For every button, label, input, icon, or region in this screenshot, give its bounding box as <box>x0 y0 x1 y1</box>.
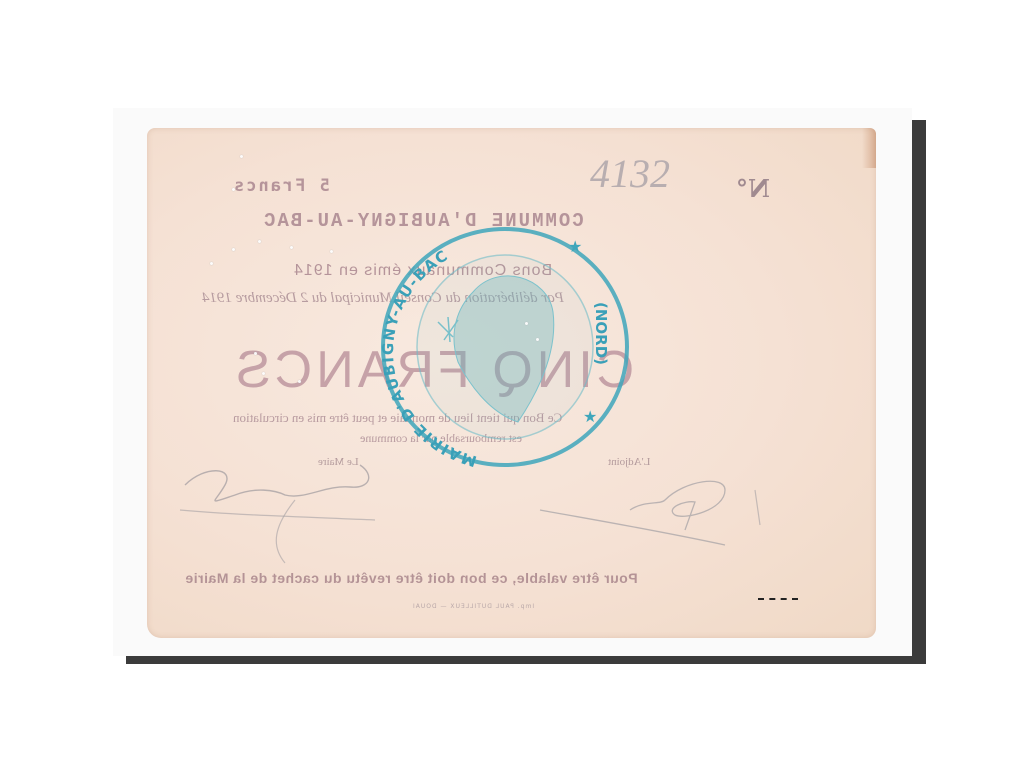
punch-hole <box>254 352 257 355</box>
punch-hole <box>240 155 243 158</box>
punch-hole <box>210 262 213 265</box>
punch-hole <box>298 380 301 383</box>
punch-hole <box>232 188 235 191</box>
printer-line: Imp. PAUL DUTILLEUX — DOUAI <box>412 603 534 610</box>
punch-hole <box>290 246 293 249</box>
stamp-region-text: (NORD) <box>592 302 610 365</box>
punch-hole <box>330 250 333 253</box>
punch-hole <box>525 322 528 325</box>
validity-line: Pour être valable, ce bon doit être revê… <box>185 570 638 586</box>
ink-mark <box>758 598 798 603</box>
mairie-stamp: ★ ★ MAIRIE D'AUBIGNY-AU-BAC (NORD) <box>378 222 633 472</box>
punch-hole <box>232 248 235 251</box>
denomination-small: 5 Francs <box>232 176 330 196</box>
stamp-star-icon: ★ <box>568 237 582 256</box>
signature-adjoint <box>535 470 775 560</box>
punch-hole <box>258 240 261 243</box>
signature-maire <box>175 455 385 565</box>
punch-hole <box>536 338 539 341</box>
serial-number: 4132 <box>590 150 670 197</box>
stamp-star-icon: ★ <box>583 407 597 426</box>
number-label: N° <box>736 174 770 203</box>
punch-hole <box>262 372 265 375</box>
